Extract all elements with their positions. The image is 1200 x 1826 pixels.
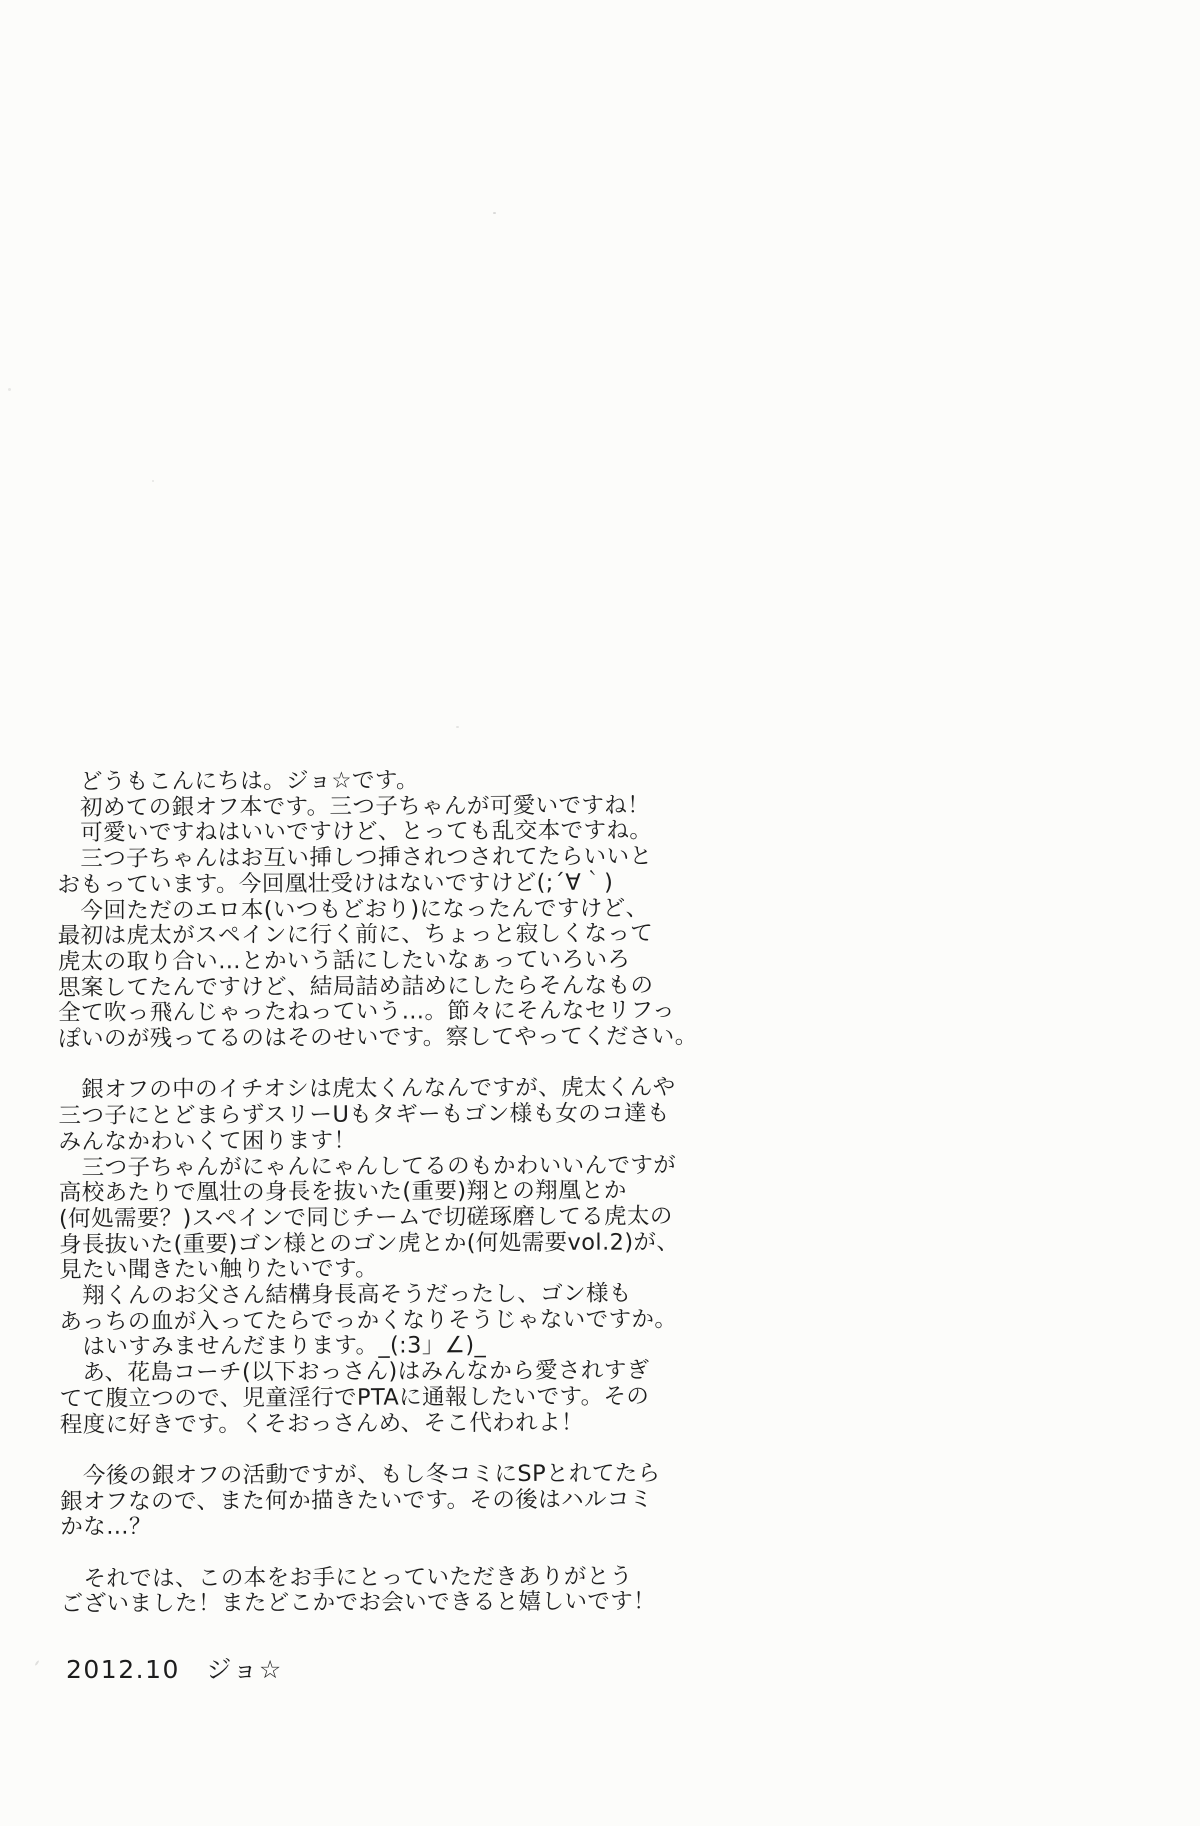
scan-speck: [493, 212, 496, 214]
afterword-line: ぽいのが残ってるのはそのせいです。察してやってください。: [58, 1024, 718, 1053]
scan-speck: [152, 480, 154, 482]
scanned-page: どうもこんにちは。ジョ☆です。 初めての銀オフ本です。三つ子ちゃんが可愛いですね…: [0, 0, 1200, 1826]
afterword-text-block: どうもこんにちは。ジョ☆です。 初めての銀オフ本です。三つ子ちゃんが可愛いですね…: [57, 767, 721, 1618]
afterword-line: てて腹立つので、児童淫行でPTAに通報したいです。その: [60, 1384, 720, 1413]
afterword-line: かな…？: [60, 1512, 720, 1541]
afterword-line: 翔くんのお父さん結構身長高そうだったし、ゴン様も: [59, 1281, 719, 1310]
afterword-line: 虎太の取り合い…とかいう話にしたいなぁっていろいろ: [58, 947, 718, 976]
afterword-line: みんなかわいくて困ります！: [59, 1127, 719, 1156]
afterword-line: あっちの血が入ってたらでっかくなりそうじゃないですか。: [59, 1307, 719, 1336]
scan-speck: [8, 388, 11, 391]
scan-speck: [456, 726, 459, 728]
scan-speck: [34, 1660, 39, 1666]
afterword-line: ございました！またどこかでお会いできると嬉しいです！: [61, 1590, 721, 1619]
afterword-line: おもっています。今回凰壮受けはないですけど(;´∀｀): [57, 870, 717, 899]
afterword-line: (何処需要？)スペインで同じチームで切磋琢磨してる虎太の: [59, 1204, 719, 1233]
afterword-line: 銀オフなので、また何か描きたいです。その後はハルコミ: [60, 1487, 720, 1516]
afterword-line: 今後の銀オフの活動ですが、もし冬コミにSPとれてたら: [60, 1461, 720, 1490]
afterword-line: 程度に好きです。くそおっさんめ、そこ代われよ！: [60, 1410, 720, 1439]
afterword-line: 三つ子ちゃんはお互い挿しつ挿されつされてたらいいと: [57, 844, 717, 873]
afterword-line: 三つ子にとどまらずスリーUもタギーもゴン様も女のコ達も: [58, 1101, 718, 1130]
afterword-line: どうもこんにちは。ジョ☆です。: [57, 767, 717, 796]
afterword-line: 身長抜いた(重要)ゴン様とのゴン虎とか(何処需要vol.2)が、: [59, 1230, 719, 1259]
afterword-line-blank: [60, 1538, 720, 1567]
date-signature: 2012.10 ジョ☆: [66, 1650, 283, 1686]
